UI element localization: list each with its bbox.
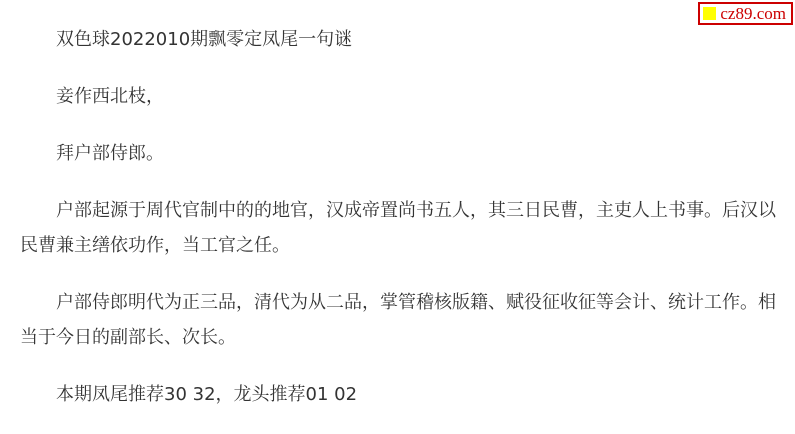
- riddle-line-2: 拜户部侍郎。: [20, 136, 780, 171]
- yellow-square-icon: [703, 7, 716, 20]
- article-body: 双色球2022010期飘零定凤尾一句谜 妾作西北枝， 拜户部侍郎。 户部起源于周…: [0, 0, 795, 412]
- recommendation-line: 本期凤尾推荐30 32，龙头推荐01 02: [20, 377, 780, 412]
- post-title: 双色球2022010期飘零定凤尾一句谜: [20, 22, 780, 57]
- paragraph-history-1: 户部起源于周代官制中的的地官，汉成帝置尚书五人，其三日民曹，主吏人上书事。后汉以…: [20, 193, 780, 263]
- site-logo: cz89.com: [698, 2, 793, 25]
- paragraph-history-2: 户部侍郎明代为正三品，清代为从二品，掌管稽核版籍、赋役征收征等会计、统计工作。相…: [20, 285, 780, 355]
- riddle-line-1: 妾作西北枝，: [20, 79, 780, 114]
- site-logo-text: cz89.com: [720, 5, 786, 22]
